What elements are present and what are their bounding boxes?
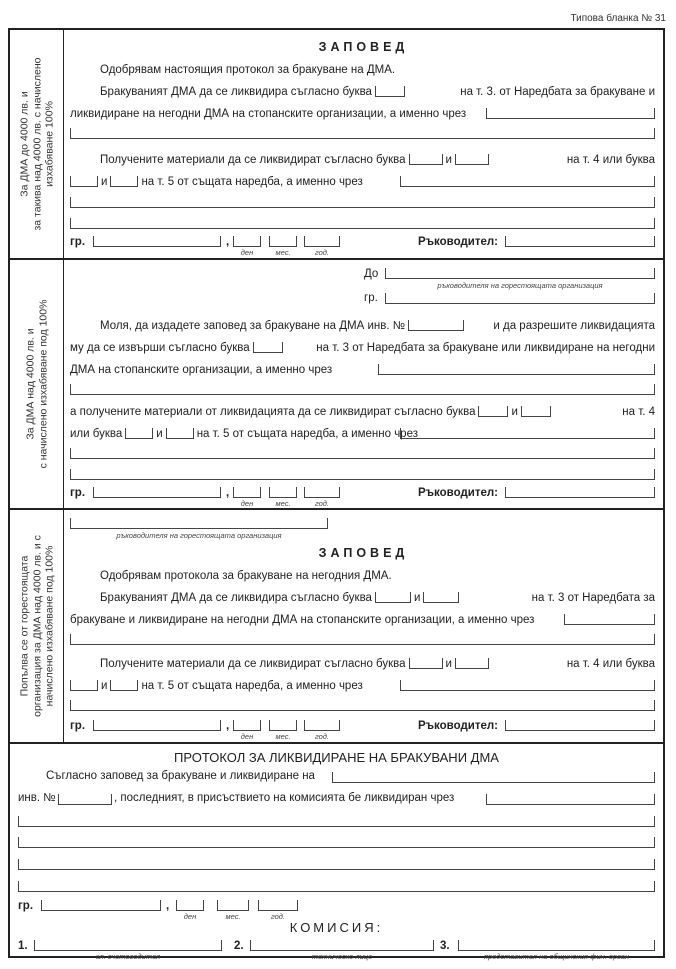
recipient-city-field[interactable] xyxy=(385,293,655,304)
manager-field[interactable] xyxy=(505,236,655,247)
member-1-field[interactable] xyxy=(34,940,222,951)
city-field[interactable] xyxy=(41,900,161,911)
day-field[interactable] xyxy=(233,487,261,498)
day-field[interactable] xyxy=(233,720,261,731)
letter-field[interactable] xyxy=(125,428,153,439)
commission-title: КОМИСИЯ: xyxy=(10,920,663,935)
letter-field[interactable] xyxy=(409,658,443,669)
order-ref-field[interactable] xyxy=(332,772,655,783)
manager-field[interactable] xyxy=(505,487,655,498)
approval-text: Одобрявам протокола за бракуване на него… xyxy=(70,568,655,584)
method-field-cont[interactable] xyxy=(18,837,655,848)
city-field[interactable] xyxy=(93,487,221,498)
method-field[interactable] xyxy=(564,614,655,625)
method-field-cont[interactable] xyxy=(70,384,655,395)
year-field[interactable] xyxy=(304,487,340,498)
inventory-number-field[interactable] xyxy=(408,320,464,331)
method-field-cont[interactable] xyxy=(18,881,655,892)
month-field[interactable] xyxy=(269,720,297,731)
letter-field[interactable] xyxy=(521,406,551,417)
letter-field[interactable] xyxy=(110,680,138,691)
method-field-cont[interactable] xyxy=(70,197,655,208)
section-title: ЗАПОВЕД xyxy=(64,40,663,54)
city-field[interactable] xyxy=(93,720,221,731)
month-field[interactable] xyxy=(269,236,297,247)
section-request-over-4000: За ДМА над 4000 лв. и с начислено изхабя… xyxy=(10,260,663,510)
letter-field[interactable] xyxy=(166,428,194,439)
method-field[interactable] xyxy=(486,794,655,805)
manager-field[interactable] xyxy=(505,720,655,731)
letter-field[interactable] xyxy=(70,176,98,187)
form-frame: За ДМА до 4000 лв. и за такива над 4000 … xyxy=(8,28,665,958)
approval-text: Одобрявам настоящия протокол за бракуван… xyxy=(70,62,655,78)
member-3-field[interactable] xyxy=(458,940,655,951)
letter-field[interactable] xyxy=(253,342,283,353)
inventory-number-field[interactable] xyxy=(58,794,112,805)
head-manager-field[interactable] xyxy=(70,518,328,529)
city-field[interactable] xyxy=(93,236,221,247)
protocol-title: ПРОТОКОЛ ЗА ЛИКВИДИРАНЕ НА БРАКУВАНИ ДМА xyxy=(10,750,663,765)
method-field-cont[interactable] xyxy=(70,128,655,139)
method-field[interactable] xyxy=(378,364,655,375)
section-liquidation-protocol: ПРОТОКОЛ ЗА ЛИКВИДИРАНЕ НА БРАКУВАНИ ДМА… xyxy=(10,744,663,958)
letter-field[interactable] xyxy=(423,592,459,603)
day-field[interactable] xyxy=(233,236,261,247)
recipient-field[interactable] xyxy=(385,268,655,279)
form-number: Типова бланка № 31 xyxy=(570,13,666,24)
section-side-label: Попълва се от горестоящата организация з… xyxy=(18,535,56,717)
month-field[interactable] xyxy=(269,487,297,498)
letter-field[interactable] xyxy=(70,680,98,691)
method-field[interactable] xyxy=(486,108,655,119)
method-field-cont[interactable] xyxy=(70,218,655,229)
section-title: ЗАПОВЕД xyxy=(64,546,663,560)
section-order-over-4000: Попълва се от горестоящата организация з… xyxy=(10,510,663,744)
member-2-field[interactable] xyxy=(250,940,434,951)
method-field-cont[interactable] xyxy=(70,634,655,645)
letter-field[interactable] xyxy=(478,406,508,417)
method-field[interactable] xyxy=(400,176,655,187)
year-field[interactable] xyxy=(304,236,340,247)
letter-field[interactable] xyxy=(455,658,489,669)
method-field-cont[interactable] xyxy=(18,859,655,870)
year-field[interactable] xyxy=(258,900,298,911)
letter-field[interactable] xyxy=(375,592,411,603)
section-side-label: За ДМА над 4000 лв. и с начислено изхабя… xyxy=(24,300,49,469)
method-field-cont[interactable] xyxy=(70,700,655,711)
letter-field[interactable] xyxy=(409,154,443,165)
letter-field[interactable] xyxy=(375,86,405,97)
method-field-cont[interactable] xyxy=(18,816,655,827)
section-order-under-4000: За ДМА до 4000 лв. и за такива над 4000 … xyxy=(10,30,663,260)
letter-field[interactable] xyxy=(110,176,138,187)
month-field[interactable] xyxy=(217,900,249,911)
method-field-cont[interactable] xyxy=(70,469,655,480)
day-field[interactable] xyxy=(176,900,204,911)
year-field[interactable] xyxy=(304,720,340,731)
method-field[interactable] xyxy=(400,428,655,439)
section-side-label: За ДМА до 4000 лв. и за такива над 4000 … xyxy=(18,57,56,230)
method-field-cont[interactable] xyxy=(70,448,655,459)
method-field[interactable] xyxy=(400,680,655,691)
letter-field[interactable] xyxy=(455,154,489,165)
